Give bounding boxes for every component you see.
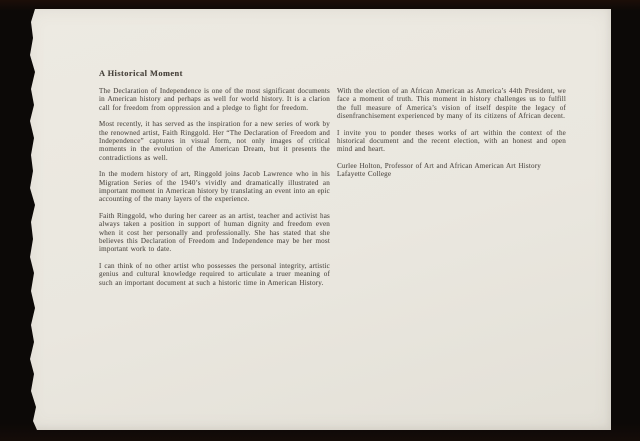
page-title: A Historical Moment (99, 69, 183, 78)
left-column: The Declaration of Independence is one o… (99, 87, 330, 295)
photo-background: A Historical Moment The Declaration of I… (0, 0, 640, 441)
paragraph-ringgold-career: Faith Ringgold, who during her career as… (99, 212, 330, 254)
signature-name: Curlee Holton, Professor of Art and Afri… (337, 162, 541, 170)
paragraph-ringgold-series: Most recently, it has served as the insp… (99, 120, 330, 162)
paragraph-no-other-artist: I can think of no other artist who posse… (99, 262, 330, 287)
right-column: With the election of an African American… (337, 87, 566, 187)
paragraph-invitation: I invite you to ponder theses works of a… (337, 129, 566, 154)
paragraph-declaration-significance: The Declaration of Independence is one o… (99, 87, 330, 112)
paper-sheet: A Historical Moment The Declaration of I… (28, 9, 611, 430)
paragraph-jacob-lawrence: In the modern history of art, Ringgold j… (99, 170, 330, 203)
signature-block: Curlee Holton, Professor of Art and Afri… (337, 162, 566, 179)
signature-affiliation: Lafayette College (337, 170, 391, 178)
paragraph-election: With the election of an African American… (337, 87, 566, 120)
